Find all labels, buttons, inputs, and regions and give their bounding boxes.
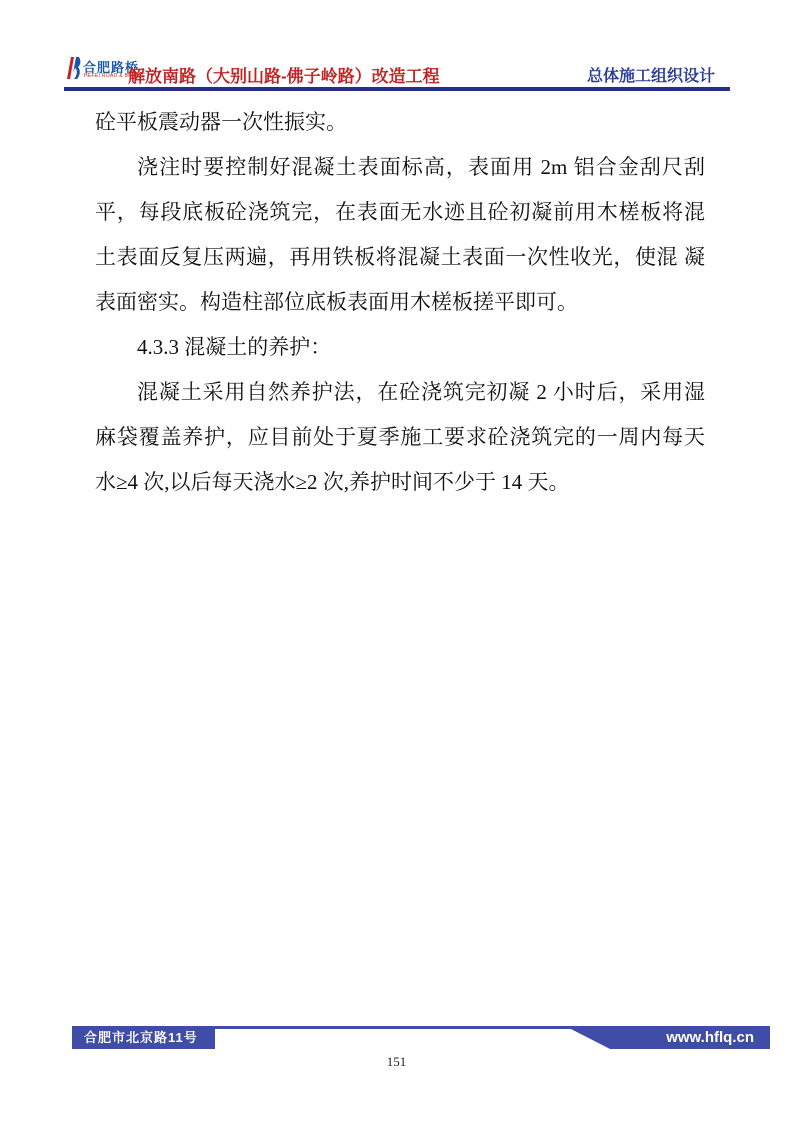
document-body: 砼平板震动器一次性振实。 浇注时要控制好混凝土表面标高，表面用 2m 铝合金刮尺…	[95, 100, 705, 505]
project-title: 解放南路（大别山路-佛子岭路）改造工程	[128, 62, 548, 87]
paragraph-line: 混凝土采用自然养护法，在砼浇筑完初凝 2 小时后，采用湿	[95, 370, 705, 415]
paragraph-line: 表面密实。构造柱部位底板表面用木槎板搓平即可。	[95, 280, 705, 325]
section-heading: 4.3.3 混凝土的养护：	[95, 325, 705, 370]
page-header: 合肥路桥 HEFEI ROAD & BRIDGE 解放南路（大别山路-佛子岭路）…	[0, 0, 793, 95]
logo-mark-icon	[66, 56, 81, 80]
footer-address: 合肥市北京路11号	[72, 1026, 215, 1049]
document-title: 总体施工组织设计	[587, 63, 715, 86]
page-number: 151	[0, 1054, 793, 1070]
page-footer: 合肥市北京路11号 www.hflq.cn 151	[0, 1020, 793, 1080]
paragraph-line: 水≥4 次,以后每天浇水≥2 次,养护时间不少于 14 天。	[95, 460, 705, 505]
paragraph-line: 浇注时要控制好混凝土表面标高，表面用 2m 铝合金刮尺刮	[95, 145, 705, 190]
header-divider	[64, 87, 730, 91]
paragraph-line: 麻袋覆盖养护，应目前处于夏季施工要求砼浇筑完的一周内每天 浇	[95, 415, 705, 460]
paragraph-line: 砼平板震动器一次性振实。	[95, 100, 705, 145]
footer-website: www.hflq.cn	[565, 1026, 770, 1049]
paragraph-line: 土表面反复压两遍，再用铁板将混凝土表面一次性收光，使混 凝土	[95, 235, 705, 280]
paragraph-line: 平，每段底板砼浇筑完，在表面无水迹且砼初凝前用木槎板将混 凝	[95, 190, 705, 235]
document-page: { "header": { "logo": { "name_cn": "合肥路桥…	[0, 0, 793, 1122]
